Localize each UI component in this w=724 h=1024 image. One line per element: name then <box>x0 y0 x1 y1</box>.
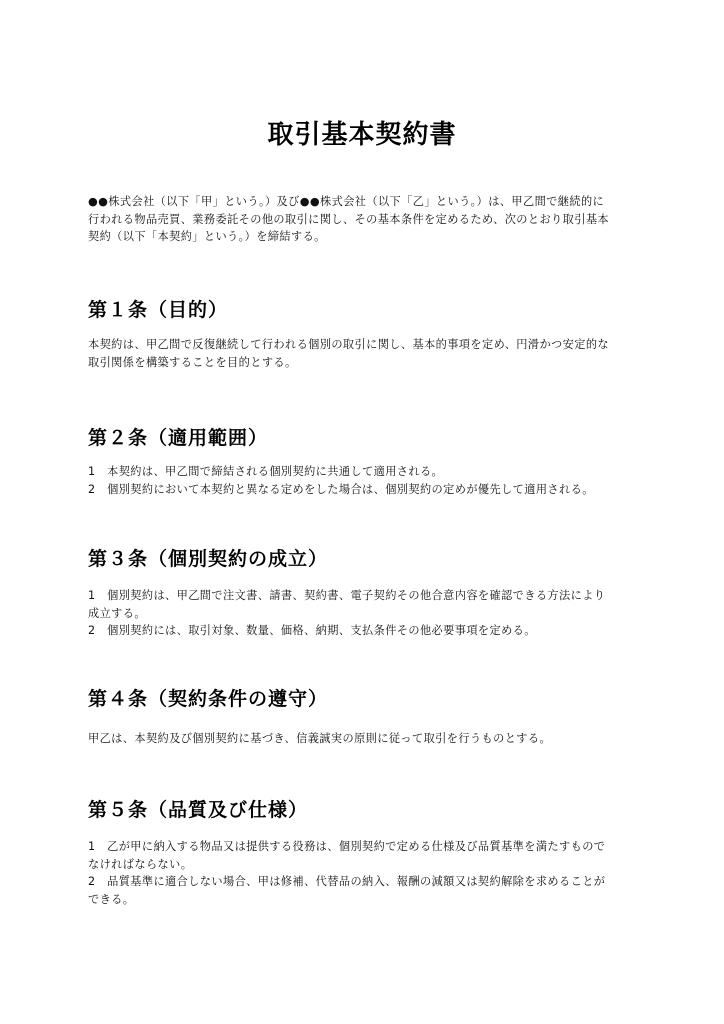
preamble-line: ●●株式会社（以下「甲」という。）及び●●株式会社（以下「乙」という。）は、甲乙… <box>88 193 648 211</box>
preamble-line: 行われる物品売買、業務委託その他の取引に関し、その基本条件を定めるため、次のとお… <box>88 211 648 229</box>
document-title: 取引基本契約書 <box>0 118 724 152</box>
document-page: 取引基本契約書 ●●株式会社（以下「甲」という。）及び●●株式会社（以下「乙」と… <box>0 0 724 1024</box>
article-1-heading: 第１条（目的） <box>88 297 228 323</box>
article-3-heading: 第３条（個別契約の成立） <box>88 546 328 572</box>
article-line: できる。 <box>88 891 648 909</box>
article-line: 甲乙は、本契約及び個別契約に基づき、信義誠実の原則に従って取引を行うものとする。 <box>88 730 648 748</box>
article-line: 1 個別契約は、甲乙間で注文書、請書、契約書、電子契約その他合意内容を確認できる… <box>88 587 648 605</box>
article-5-heading: 第５条（品質及び仕様） <box>88 797 308 823</box>
article-line: 1 乙が甲に納入する物品又は提供する役務は、個別契約で定める仕様及び品質基準を満… <box>88 838 648 856</box>
article-2-body: 1 本契約は、甲乙間で締結される個別契約に共通して適用される。 2 個別契約にお… <box>88 463 648 498</box>
preamble-line: 契約（以下「本契約」という。）を締結する。 <box>88 228 648 246</box>
article-1-body: 本契約は、甲乙間で反復継続して行われる個別の取引に関し、基本的事項を定め、円滑か… <box>88 336 648 371</box>
article-4-body: 甲乙は、本契約及び個別契約に基づき、信義誠実の原則に従って取引を行うものとする。 <box>88 730 648 748</box>
article-line: 1 本契約は、甲乙間で締結される個別契約に共通して適用される。 <box>88 463 648 481</box>
article-2-heading: 第２条（適用範囲） <box>88 425 268 451</box>
preamble-paragraph: ●●株式会社（以下「甲」という。）及び●●株式会社（以下「乙」という。）は、甲乙… <box>88 193 648 246</box>
article-4-heading: 第４条（契約条件の遵守） <box>88 686 328 712</box>
article-line: 2 品質基準に適合しない場合、甲は修補、代替品の納入、報酬の減額又は契約解除を求… <box>88 873 648 891</box>
article-line: 本契約は、甲乙間で反復継続して行われる個別の取引に関し、基本的事項を定め、円滑か… <box>88 336 648 354</box>
article-line: 2 個別契約には、取引対象、数量、価格、納期、支払条件その他必要事項を定める。 <box>88 622 648 640</box>
article-line: 2 個別契約において本契約と異なる定めをした場合は、個別契約の定めが優先して適用… <box>88 481 648 499</box>
article-5-body: 1 乙が甲に納入する物品又は提供する役務は、個別契約で定める仕様及び品質基準を満… <box>88 838 648 908</box>
article-line: 成立する。 <box>88 605 648 623</box>
article-3-body: 1 個別契約は、甲乙間で注文書、請書、契約書、電子契約その他合意内容を確認できる… <box>88 587 648 640</box>
article-line: 取引関係を構築することを目的とする。 <box>88 354 648 372</box>
article-line: なければならない。 <box>88 856 648 874</box>
